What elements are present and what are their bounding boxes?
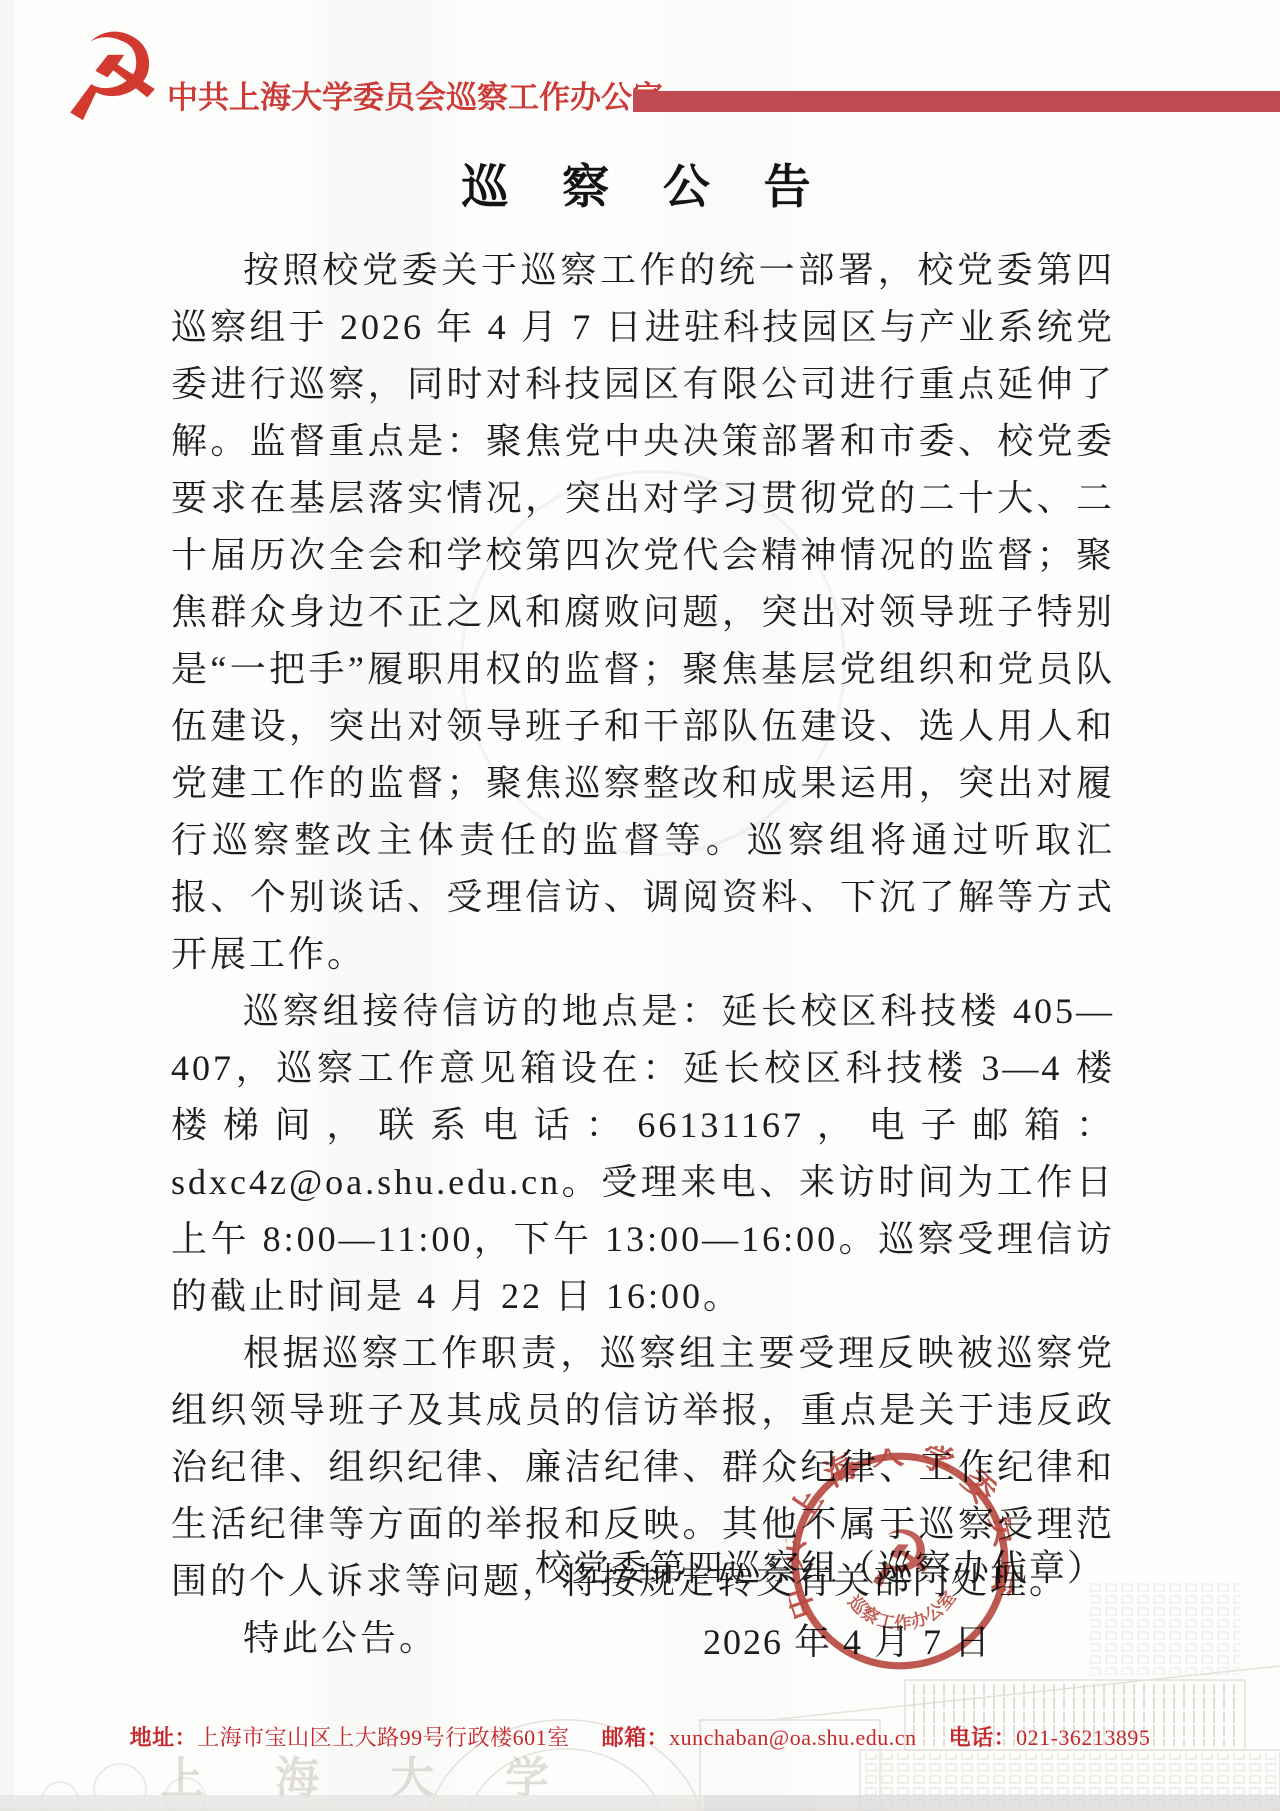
official-seal: 中共上海大学委员会 巡察工作办公室 ☭ — [781, 1442, 1019, 1680]
footer-phone-label: 电话： — [949, 1725, 1017, 1750]
body-paragraph-2: 巡察组接待信访的地点是：延长校区科技楼 405—407，巡察工作意见箱设在：延长… — [171, 983, 1115, 1325]
footer-phone: 021-36213895 — [1016, 1725, 1150, 1750]
party-emblem-icon: ☭ — [54, 14, 168, 139]
scan-edge-strip — [0, 1795, 1280, 1811]
page-title: 巡 察 公 告 — [0, 150, 1280, 217]
footer-email: xunchaban@oa.shu.edu.cn — [669, 1725, 916, 1750]
seal-center-emblem-icon: ☭ — [863, 1513, 937, 1606]
office-name: 中共上海大学委员会巡察工作办公室 — [167, 72, 663, 117]
header-red-bar — [633, 91, 1280, 112]
announcement-page: ☭ 中共上海大学委员会巡察工作办公室 巡 察 公 告 按照校党委关于巡察工作的统… — [0, 0, 1280, 1811]
footer-email-label: 邮箱： — [602, 1725, 670, 1750]
body-paragraph-1: 按照校党委关于巡察工作的统一部署，校党委第四巡察组于 2026 年 4 月 7 … — [171, 242, 1115, 983]
